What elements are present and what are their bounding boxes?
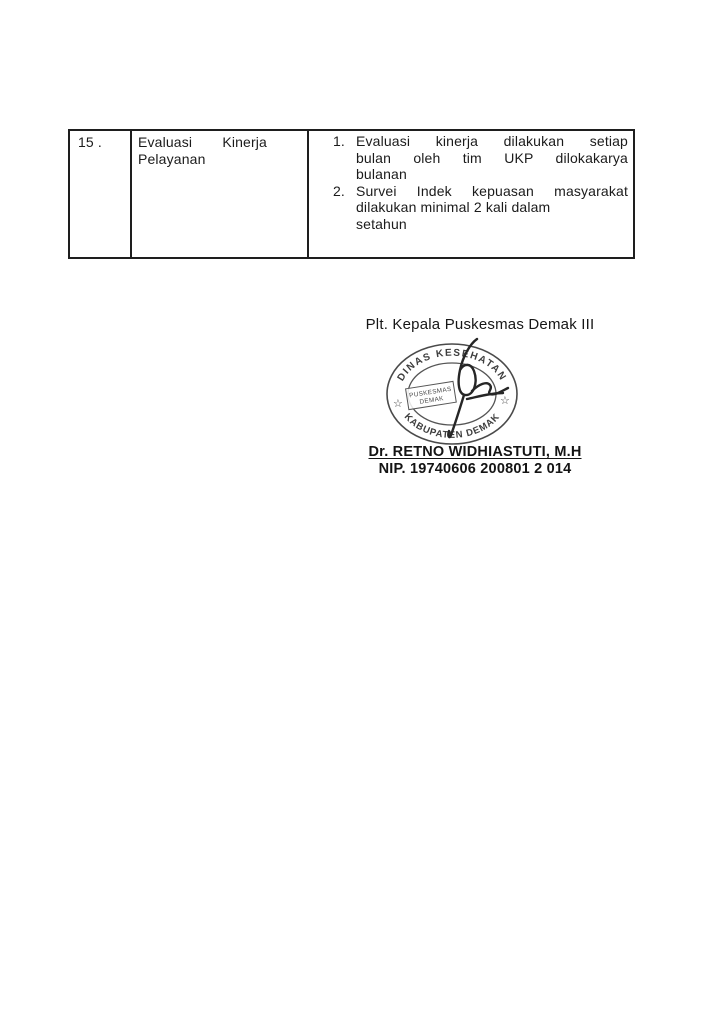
detail-text: Evaluasi kinerja dilakukan setiap bulan …	[356, 133, 628, 183]
document-page: 15 . Evaluasi Kinerja Pelayanan 1. Evalu…	[0, 0, 724, 1024]
official-stamp: DINAS KESEHATAN KABUPATEN DEMAK ☆ ☆ PUSK…	[374, 332, 534, 458]
detail-text: Survei Indek kepuasan masyarakat dilakuk…	[356, 183, 628, 233]
signatory-name: Dr. RETNO WIDHIASTUTI, M.H	[330, 444, 620, 460]
detail-item-1: 1. Evaluasi kinerja dilakukan setiap bul…	[333, 133, 628, 183]
row-number: 15 .	[78, 134, 102, 150]
detail-marker: 2.	[333, 183, 356, 233]
signatory-nip: NIP. 19740606 200801 2 014	[330, 461, 620, 477]
service-name-line: Evaluasi Kinerja	[138, 134, 267, 151]
stamp-arc-top-text: DINAS KESEHATAN	[396, 348, 509, 384]
star-icon: ☆	[393, 398, 403, 410]
detail-item-2: 2. Survei Indek kepuasan masyarakat dila…	[333, 183, 628, 233]
detail-line: Survei Indek kepuasan masyarakat	[356, 183, 628, 200]
table-cell-number: 15 .	[70, 131, 132, 257]
table-cell-details: 1. Evaluasi kinerja dilakukan setiap bul…	[309, 131, 633, 257]
detail-line: bulanan	[356, 166, 628, 183]
table-cell-service: Evaluasi Kinerja Pelayanan	[132, 131, 309, 257]
detail-marker: 1.	[333, 133, 356, 183]
summary-table: 15 . Evaluasi Kinerja Pelayanan 1. Evalu…	[68, 129, 635, 259]
signatory-title: Plt. Kepala Puskesmas Demak III	[340, 316, 620, 333]
star-icon: ☆	[500, 395, 510, 407]
detail-line: setahun	[356, 216, 628, 233]
service-name-line: Pelayanan	[138, 151, 267, 168]
detail-line: dilakukan minimal 2 kali dalam	[356, 199, 628, 216]
detail-line: Evaluasi kinerja dilakukan setiap	[356, 133, 628, 150]
detail-line: bulan oleh tim UKP dilokakarya	[356, 150, 628, 167]
stamp-banner: PUSKESMAS DEMAK	[406, 381, 457, 409]
